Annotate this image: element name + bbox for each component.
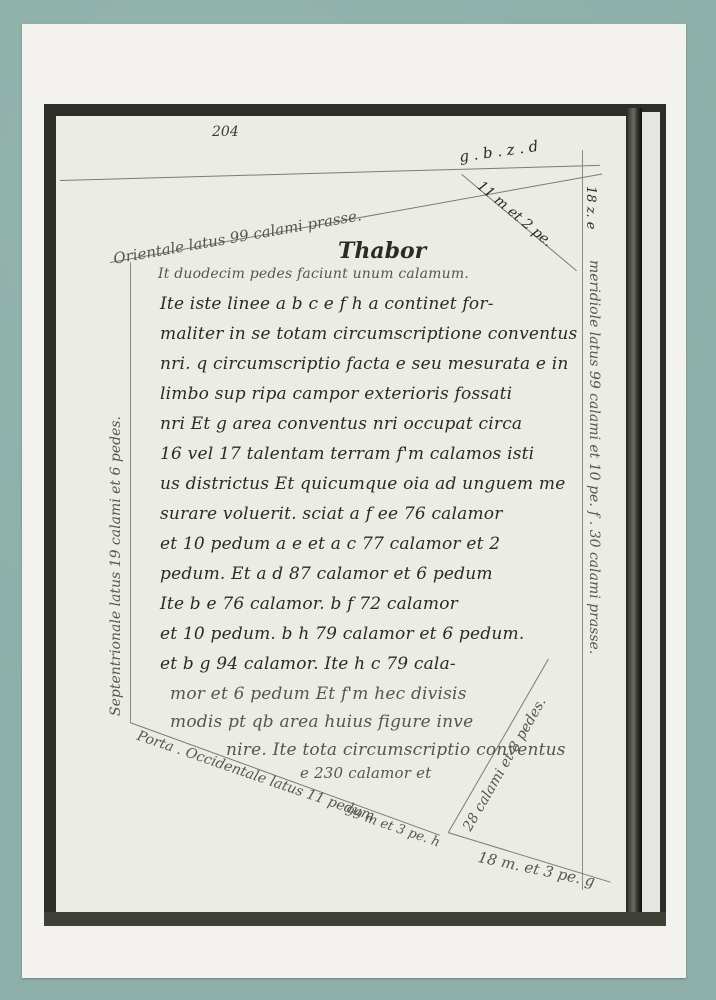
left-diagram-edge <box>130 262 131 722</box>
body-line: mor et 6 pedum Et f'm hec divisis <box>170 684 467 704</box>
body-line: modis pt qb area huius figure inve <box>170 712 473 732</box>
annotation-right-top: 18 z. e <box>583 186 598 229</box>
body-line: nri. q circumscriptio facta e seu mesura… <box>160 354 569 374</box>
body-line: Ite iste linee a b c e f h a continet fo… <box>160 294 494 314</box>
page-binding-edge <box>628 108 642 913</box>
annotation-right-edge: meridiole latus 99 calami et 10 pe. f . … <box>586 260 602 654</box>
body-line: pedum. Et a d 87 calamor et 6 pedum <box>160 564 493 584</box>
annotation-left-edge: Septentrionale latus 19 calami et 6 pede… <box>108 416 124 716</box>
right-diagram-edge <box>582 150 583 890</box>
body-line: us districtus Et quicumque oia ad unguem… <box>160 474 565 494</box>
body-line: Ite b e 76 calamor. b f 72 calamor <box>160 594 458 614</box>
frame-bottom-edge <box>44 912 666 926</box>
folio-number: 204 <box>212 124 239 140</box>
body-line: et b g 94 calamor. Ite h c 79 cala- <box>160 654 456 674</box>
body-line: 16 vel 17 talentam terram f'm calamos is… <box>160 444 534 464</box>
page-title: Thabor <box>338 238 426 264</box>
body-line: e 230 calamor et <box>300 764 431 782</box>
body-line: et 10 pedum. b h 79 calamor et 6 pedum. <box>160 624 524 644</box>
body-line: nri Et g area conventus nri occupat circ… <box>160 414 522 434</box>
body-line: et 10 pedum a e et a c 77 calamor et 2 <box>160 534 500 554</box>
body-line: It duodecim pedes faciunt unum calamum. <box>158 266 469 282</box>
body-line: maliter in se totam circumscriptione con… <box>160 324 577 344</box>
body-line: surare voluerit. sciat a f ee 76 calamor <box>160 504 503 524</box>
adjacent-page-strip <box>642 112 660 912</box>
body-line: limbo sup ripa campor exterioris fossati <box>160 384 512 404</box>
